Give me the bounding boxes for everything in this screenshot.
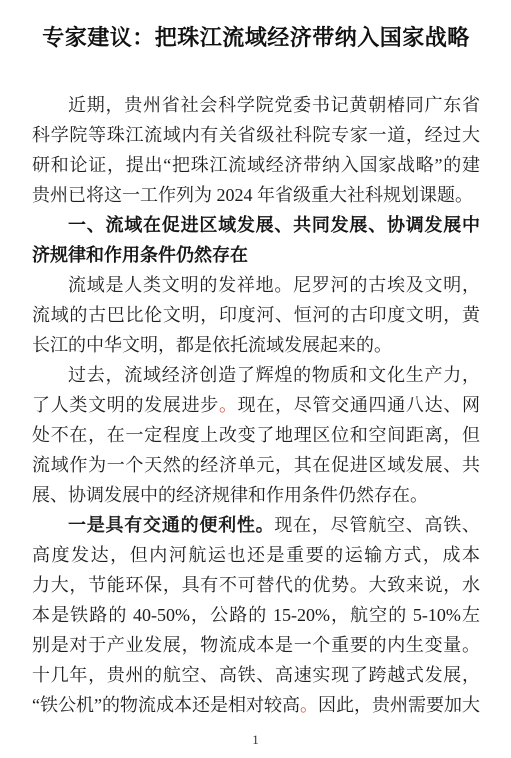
- text-segment: 别是对于产业发展，物流成本是一个重要的内生变量。过去: [32, 635, 480, 660]
- text-segment: 流域是人类文明的发祥地。尼罗河的古埃及文明，两河: [32, 275, 480, 300]
- text-line: “铁公机”的物流成本还是相对较高。因此，贵州需要加大: [32, 690, 480, 720]
- text-segment: 科学院等珠江流域内有关省级社科院专家一道，经过大量调: [32, 125, 480, 150]
- text-line: 一、流域在促进区域发展、共同发展、协调发展中的经: [32, 210, 480, 240]
- text-line: 长江的中华文明，都是依托流域发展起来的。: [32, 330, 480, 360]
- text-segment: 过去，流域经济创造了辉煌的物质和文化生产力，促进: [32, 365, 480, 390]
- text-segment: “铁公机”的物流成本还是相对较高: [32, 695, 300, 715]
- intro-paragraph: 近期，贵州省社会科学院党委书记黄朝椿同广东省社会科学院等珠江流域内有关省级社科院…: [32, 90, 480, 210]
- text-segment: 了人类文明的发展进步: [32, 395, 219, 415]
- text-line: 流域是人类文明的发祥地。尼罗河的古埃及文明，两河: [32, 270, 480, 300]
- text-line: 流域的古巴比伦文明，印度河、恒河的古印度文明，黄河—: [32, 300, 480, 330]
- document-body: 近期，贵州省社会科学院党委书记黄朝椿同广东省社会科学院等珠江流域内有关省级社科院…: [32, 90, 480, 720]
- text-line: 研和论证，提出“把珠江流域经济带纳入国家战略”的建议。: [32, 150, 480, 180]
- text-line: 展、协调发展中的经济规律和作用条件仍然存在。: [32, 480, 480, 510]
- text-line: 科学院等珠江流域内有关省级社科院专家一道，经过大量调: [32, 120, 480, 150]
- text-segment: 处不在，在一定程度上改变了地理区位和空间距离，但是，: [32, 425, 480, 450]
- text-segment: 近期，贵州省社会科学院党委书记黄朝椿同广东省社会: [32, 95, 480, 120]
- civilization-paragraph: 流域是人类文明的发祥地。尼罗河的古埃及文明，两河流域的古巴比伦文明，印度河、恒河…: [32, 270, 480, 360]
- text-segment: 十几年，贵州的航空、高铁、高速实现了跨越式发展，但是，: [32, 665, 480, 690]
- transport-advantage-paragraph: 一是具有交通的便利性。现在，尽管航空、高铁、公路高度发达，但内河航运也还是重要的…: [32, 510, 480, 720]
- document-title: 专家建议：把珠江流域经济带纳入国家战略: [32, 23, 480, 53]
- text-line: 近期，贵州省社会科学院党委书记黄朝椿同广东省社会: [32, 90, 480, 120]
- text-segment: 流域的古巴比伦文明，印度河、恒河的古印度文明，黄河: [32, 305, 480, 330]
- text-segment: 长江的中华文明，都是依托流域发展起来的。: [32, 335, 392, 355]
- revision-mark: 。: [219, 395, 238, 415]
- text-segment: 一、流域在促进区域发展、共同发展、协调发展中的经: [32, 215, 480, 240]
- text-segment: 贵州已将这一工作列为 2024 年省级重大社科规划课题。: [32, 185, 473, 205]
- text-segment: 一是具有交通的便利性。: [68, 515, 274, 535]
- text-segment: 高度发达，但内河航运也还是重要的运输方式，成本低、运: [32, 545, 480, 570]
- past-present-paragraph: 过去，流域经济创造了辉煌的物质和文化生产力，促进了人类文明的发展进步。现在，尽管…: [32, 360, 480, 510]
- text-segment: 展、协调发展中的经济规律和作用条件仍然存在。: [32, 485, 428, 505]
- text-line: 力大，节能环保，具有不可替代的优势。大致来说，水运成: [32, 570, 480, 600]
- text-segment: 本是铁路的 40-50%，公路的 15-20%，航空的 5-10%左右。特: [32, 605, 480, 630]
- text-line: 流域作为一个天然的经济单元，其在促进区域发展、共同发: [32, 450, 480, 480]
- text-segment: 流域作为一个天然的经济单元，其在促进区域发展、共同发: [32, 455, 480, 480]
- text-line: 别是对于产业发展，物流成本是一个重要的内生变量。过去: [32, 630, 480, 660]
- page-number: 1: [252, 732, 259, 747]
- text-line: 高度发达，但内河航运也还是重要的运输方式，成本低、运: [32, 540, 480, 570]
- text-segment: 因此，贵州需要加大: [318, 695, 480, 715]
- revision-mark: 。: [300, 695, 318, 715]
- text-segment: 力大，节能环保，具有不可替代的优势。大致来说，水运成: [32, 575, 480, 600]
- text-line: 贵州已将这一工作列为 2024 年省级重大社科规划课题。: [32, 180, 480, 210]
- text-line: 了人类文明的发展进步。现在，尽管交通四通八达、网络无: [32, 390, 480, 420]
- text-line: 过去，流域经济创造了辉煌的物质和文化生产力，促进: [32, 360, 480, 390]
- page-footer: 1: [0, 732, 511, 748]
- text-segment: 研和论证，提出“把珠江流域经济带纳入国家战略”的建议。: [32, 155, 480, 180]
- text-line: 处不在，在一定程度上改变了地理区位和空间距离，但是，: [32, 420, 480, 450]
- section-heading: 一、流域在促进区域发展、共同发展、协调发展中的经济规律和作用条件仍然存在: [32, 210, 480, 270]
- text-line: 十几年，贵州的航空、高铁、高速实现了跨越式发展，但是，: [32, 660, 480, 690]
- text-segment: 济规律和作用条件仍然存在: [32, 245, 248, 265]
- text-line: 济规律和作用条件仍然存在: [32, 240, 480, 270]
- text-line: 一是具有交通的便利性。现在，尽管航空、高铁、公路: [32, 510, 480, 540]
- document-page: 专家建议：把珠江流域经济带纳入国家战略 近期，贵州省社会科学院党委书记黄朝椿同广…: [0, 0, 511, 758]
- text-line: 本是铁路的 40-50%，公路的 15-20%，航空的 5-10%左右。特: [32, 600, 480, 630]
